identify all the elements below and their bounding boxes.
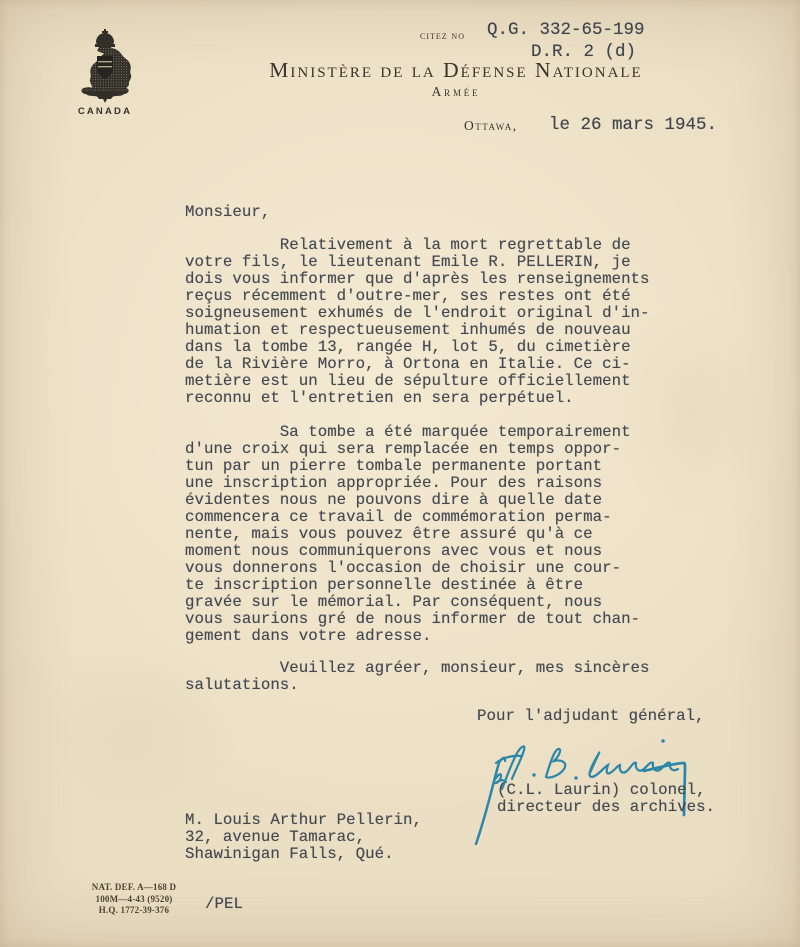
date-line: le 26 mars 1945. [549, 115, 717, 135]
masthead: Ministère de la Défense Nationale Armée [195, 58, 717, 100]
form-number-block: NAT. DEF. A—168 D100M—4-43 (9520)H.Q. 17… [74, 882, 194, 917]
signatory-name-line: (C.L. Laurin) colonel, [497, 782, 706, 799]
file-number-line1: Q.G. 332-65-199 [487, 20, 645, 40]
closing-paragraph: Veuillez agréer, monsieur, mes sincèress… [185, 660, 650, 694]
body-paragraph-1: Relativement à la mort regrettable devot… [185, 237, 650, 407]
cite-number-label: citez no [420, 30, 465, 42]
place-label: Ottawa, [464, 118, 518, 134]
canada-coat-of-arms-icon [76, 29, 134, 105]
salutation: Monsieur, [185, 204, 270, 221]
file-initials: /PEL [205, 896, 243, 913]
letter-page: CANADA citez no Q.G. 332-65-199 D.R. 2 (… [0, 0, 800, 947]
emblem-caption: CANADA [66, 106, 144, 117]
branch-title: Armée [195, 84, 717, 100]
ministry-title: Ministère de la Défense Nationale [195, 58, 717, 82]
body-paragraph-2: Sa tombe a été marquée temporairementd'u… [185, 424, 640, 645]
recipient-address: M. Louis Arthur Pellerin,32, avenue Tama… [185, 812, 422, 863]
signatory-title-line: directeur des archives. [497, 799, 715, 816]
